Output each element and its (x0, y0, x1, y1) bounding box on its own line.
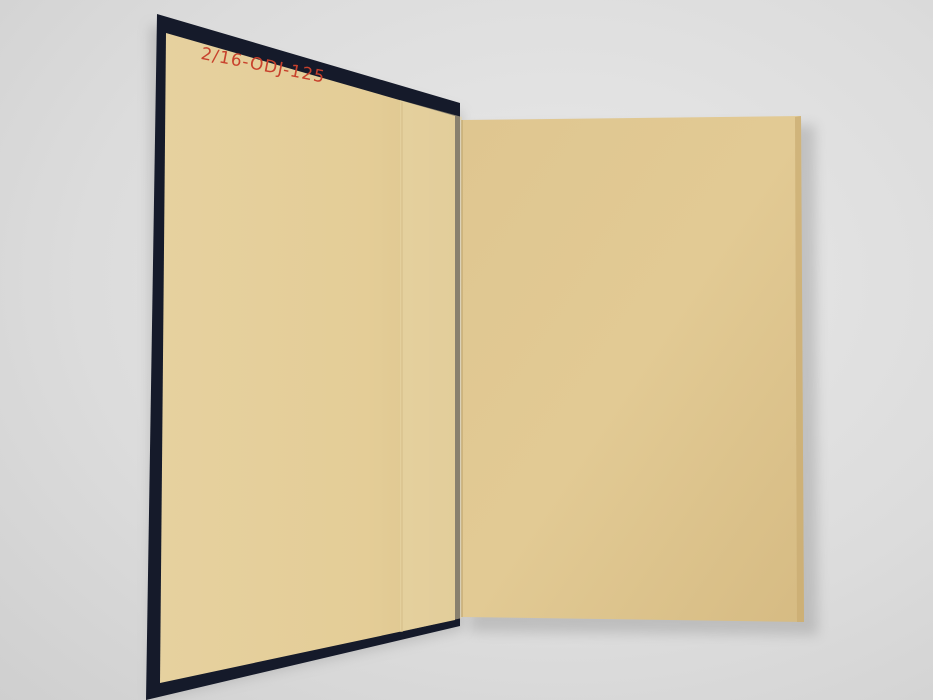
right-page (462, 116, 804, 622)
open-book (0, 0, 933, 700)
photo-scene: 2/16-ODJ-125 (0, 0, 933, 700)
